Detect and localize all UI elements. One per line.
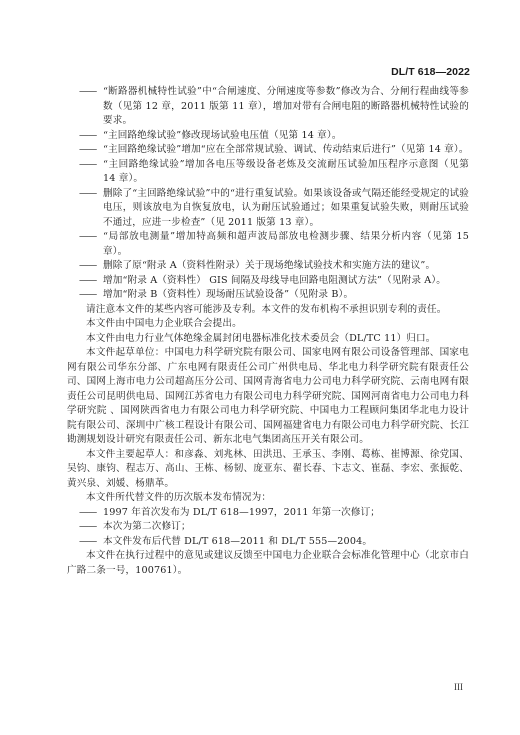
change-item: —— 删除了原“附录 A（资料性附录）关于现场绝缘试验技术和实施方法的建议”。: [67, 259, 469, 274]
page-number: III: [454, 682, 463, 692]
dash-mark: ——: [79, 259, 103, 274]
change-text: “主回路绝缘试验”增加各电压等级设备老炼及交流耐压试验加压程序示意图（见第 14…: [103, 158, 469, 187]
change-text: “局部放电测量”增加特高频和超声波局部放电检测步骤、结果分析内容（见第 15 章…: [103, 230, 469, 259]
feedback-notice: 本文件在执行过程中的意见或建议反馈至中国电力企业联合会标准化管理中心（北京市白广…: [67, 549, 469, 578]
history-item: —— 本次为第二次修订；: [67, 520, 469, 535]
change-item: —— “主回路绝缘试验”增加“应在全部常规试验、调试、传动结束后进行”（见第 1…: [67, 143, 469, 158]
change-item: —— 删除了“主回路绝缘试验”中的“进行重复试验。如果该设备或气隔还能经受规定的…: [67, 187, 469, 231]
history-item: —— 本文件发布后代替 DL/T 618—2011 和 DL/T 555—200…: [67, 535, 469, 550]
foreword-body: —— “断路器机械特性试验”中“合闸速度、分闸速度等参数”修改为合、分闸行程曲线…: [67, 85, 469, 578]
change-item: —— “断路器机械特性试验”中“合闸速度、分闸速度等参数”修改为合、分闸行程曲线…: [67, 85, 469, 129]
change-text: 删除了原“附录 A（资料性附录）关于现场绝缘试验技术和实施方法的建议”。: [103, 259, 469, 274]
dash-mark: ——: [79, 230, 103, 259]
change-text: 增加“附录 B（资料性）现场耐压试验设备”（见附录 B）。: [103, 288, 469, 303]
dash-mark: ——: [79, 143, 103, 158]
dash-mark: ——: [79, 288, 103, 303]
change-text: “主回路绝缘试验”增加“应在全部常规试验、调试、传动结束后进行”（见第 14 章…: [103, 143, 469, 158]
dash-mark: ——: [79, 85, 103, 129]
history-intro: 本文件所代替文件的历次版本发布情况为：: [67, 491, 469, 506]
history-item: —— 1997 年首次发布为 DL/T 618—1997，2011 年第一次修订…: [67, 506, 469, 521]
dash-mark: ——: [79, 535, 103, 550]
change-text: “断路器机械特性试验”中“合闸速度、分闸速度等参数”修改为合、分闸行程曲线等参数…: [103, 85, 469, 129]
dash-mark: ——: [79, 129, 103, 144]
dash-mark: ——: [79, 274, 103, 289]
dash-mark: ——: [79, 506, 103, 521]
patent-notice: 请注意本文件的某些内容可能涉及专利。本文件的发布机构不承担识别专利的责任。: [67, 303, 469, 318]
drafters: 本文件主要起草人：和彦淼、刘兆林、田洪迅、王承玉、李刚、葛栋、崔博源、徐党国、吴…: [67, 448, 469, 492]
change-item: —— “主回路绝缘试验”修改现场试验电压值（见第 14 章）。: [67, 129, 469, 144]
change-item: —— 增加“附录 B（资料性）现场耐压试验设备”（见附录 B）。: [67, 288, 469, 303]
change-item: —— 增加“附录 A（资料性） GIS 间隔及母线导电回路电阻测试方法”（见附录…: [67, 274, 469, 289]
change-text: 增加“附录 A（资料性） GIS 间隔及母线导电回路电阻测试方法”（见附录 A）…: [103, 274, 469, 289]
history-text: 本次为第二次修订；: [103, 520, 469, 535]
drafting-units: 本文件起草单位：中国电力科学研究院有限公司、国家电网有限公司设备管理部、国家电网…: [67, 346, 469, 448]
history-text: 1997 年首次发布为 DL/T 618—1997，2011 年第一次修订；: [103, 506, 469, 521]
document-page: DL/T 618—2022 —— “断路器机械特性试验”中“合闸速度、分闸速度等…: [0, 0, 520, 735]
managed-by: 本文件由电力行业气体绝缘金属封闭电器标准化技术委员会（DL/TC 11）归口。: [67, 332, 469, 347]
document-id-header: DL/T 618—2022: [391, 66, 470, 78]
history-text: 本文件发布后代替 DL/T 618—2011 和 DL/T 555—2004。: [103, 535, 469, 550]
dash-mark: ——: [79, 520, 103, 535]
dash-mark: ——: [79, 187, 103, 231]
proposed-by: 本文件由中国电力企业联合会提出。: [67, 317, 469, 332]
change-item: —— “主回路绝缘试验”增加各电压等级设备老炼及交流耐压试验加压程序示意图（见第…: [67, 158, 469, 187]
change-text: “主回路绝缘试验”修改现场试验电压值（见第 14 章）。: [103, 129, 469, 144]
dash-mark: ——: [79, 158, 103, 187]
change-item: —— “局部放电测量”增加特高频和超声波局部放电检测步骤、结果分析内容（见第 1…: [67, 230, 469, 259]
change-text: 删除了“主回路绝缘试验”中的“进行重复试验。如果该设备或气隔还能经受规定的试验电…: [103, 187, 469, 231]
